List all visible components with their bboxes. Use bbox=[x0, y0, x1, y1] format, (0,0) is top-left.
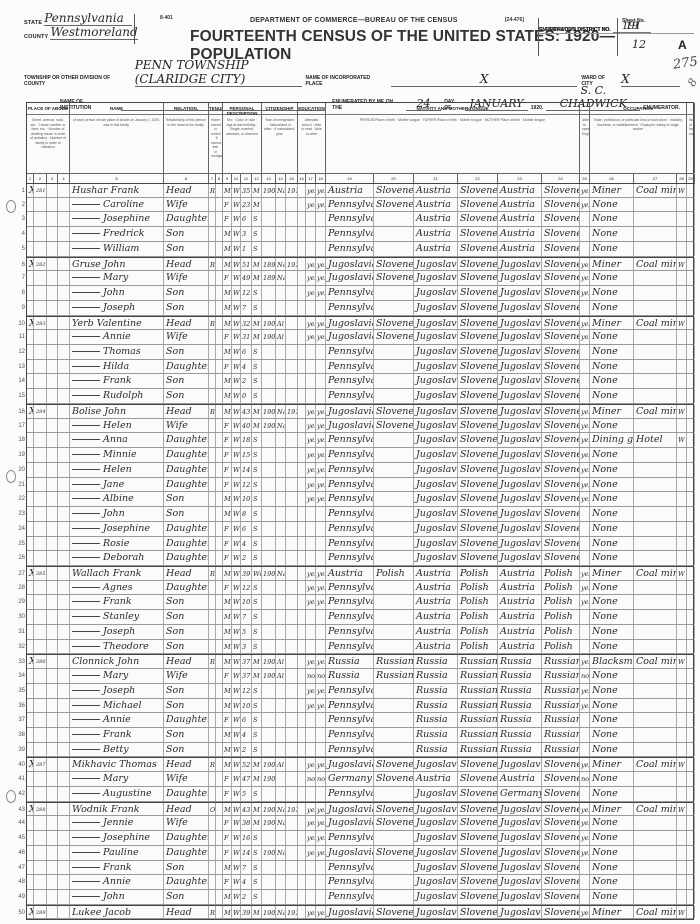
cell-dwelling bbox=[47, 212, 58, 226]
cell-nat bbox=[276, 212, 286, 226]
sheet-label: Sheet No. bbox=[622, 18, 645, 24]
cell-tenure2 bbox=[216, 551, 223, 565]
ditto-dash bbox=[72, 616, 100, 617]
cell-visited-mark bbox=[27, 507, 34, 521]
cell-tongue bbox=[374, 787, 414, 801]
cell-m-birth: Jugoslavia bbox=[498, 389, 542, 403]
ditto-dash bbox=[72, 204, 100, 205]
cell-name: Theodore bbox=[70, 640, 164, 654]
cell-class: W bbox=[677, 405, 687, 418]
cell-visited-mark bbox=[27, 743, 34, 757]
cell-industry bbox=[634, 419, 677, 433]
cell-relation: Son bbox=[164, 345, 209, 359]
cell-school bbox=[298, 448, 306, 462]
cell-marital: M bbox=[252, 772, 262, 786]
cell-write: yes bbox=[316, 595, 326, 609]
cell-f-birth: Jugoslavia bbox=[414, 271, 458, 285]
cell-dwelling-family-number bbox=[34, 448, 47, 462]
cell-m-birth: Russia bbox=[498, 743, 542, 757]
cell-age: 37 bbox=[241, 655, 252, 668]
cell-relation: Daughter bbox=[164, 433, 209, 447]
given-name: John bbox=[103, 891, 125, 902]
line-number: 3 bbox=[11, 212, 25, 227]
cell-nat-year bbox=[286, 433, 298, 447]
surname: Mikhavic bbox=[72, 759, 116, 770]
cell-m-birth: Jugoslavia bbox=[498, 906, 542, 919]
cell-tenure bbox=[209, 551, 216, 565]
cell-farm bbox=[687, 522, 695, 536]
cell-f-birth: Jugoslavia bbox=[414, 890, 458, 904]
cell-name: Mary bbox=[70, 669, 164, 683]
cell-marital: S bbox=[252, 463, 262, 477]
cell-dwelling-family-number: 281 304 bbox=[34, 184, 47, 197]
cell-nat: Al bbox=[276, 669, 286, 683]
column-group-title: NAME bbox=[70, 103, 163, 115]
cell-farm bbox=[687, 198, 695, 212]
cell-m-tongue: Slovene bbox=[542, 522, 580, 536]
cell-name: Joseph bbox=[70, 684, 164, 698]
cell-read: yes bbox=[306, 330, 316, 344]
cell-immig bbox=[262, 890, 276, 904]
cell-m-tongue: Slovene bbox=[542, 433, 580, 447]
cell-dwelling-family-number bbox=[34, 610, 47, 624]
cell-race: W bbox=[232, 875, 241, 889]
cell-read bbox=[306, 345, 316, 359]
cell-immig: 1907 bbox=[262, 655, 276, 668]
table-row: 5WilliamSonMW1SPennsylvaniaAustriaSloven… bbox=[27, 242, 693, 257]
cell-age: 51 bbox=[241, 258, 252, 271]
cell-write bbox=[316, 227, 326, 241]
line-number: 32 bbox=[11, 640, 25, 655]
cell-industry bbox=[634, 478, 677, 492]
cell-immig: 1906 bbox=[262, 184, 276, 197]
cell-tenure2 bbox=[216, 772, 223, 786]
cell-f-tongue: Russian bbox=[458, 669, 498, 683]
cell-tenure bbox=[209, 728, 216, 742]
cell-class bbox=[677, 478, 687, 492]
cell-occupation: None bbox=[590, 743, 634, 757]
given-name: Annie bbox=[103, 331, 131, 342]
cell-farm bbox=[687, 567, 695, 580]
cell-birth: Jugoslavia bbox=[326, 419, 374, 433]
cell-write: yes bbox=[316, 317, 326, 330]
state-label: State bbox=[24, 20, 42, 26]
cell-immig: 1903 bbox=[262, 419, 276, 433]
cell-family bbox=[58, 286, 70, 300]
cell-relation: Daughter bbox=[164, 448, 209, 462]
cell-race: W bbox=[232, 861, 241, 875]
cell-tenure: R bbox=[209, 405, 216, 418]
cell-farm bbox=[687, 846, 695, 860]
cell-m-tongue: Polish bbox=[542, 581, 580, 595]
cell-tongue bbox=[374, 610, 414, 624]
cell-tenure2 bbox=[216, 405, 223, 418]
cell-f-birth: Jugoslavia bbox=[414, 405, 458, 418]
given-name: Thomas bbox=[103, 346, 141, 357]
line-number: 1 bbox=[11, 184, 25, 199]
line-number: 7 bbox=[11, 271, 25, 286]
cell-dwelling bbox=[47, 448, 58, 462]
cell-race: W bbox=[232, 758, 241, 771]
cell-nat-year bbox=[286, 875, 298, 889]
county-label: County bbox=[24, 34, 48, 40]
cell-m-tongue: Russian bbox=[542, 684, 580, 698]
cell-nat-year bbox=[286, 728, 298, 742]
cell-age: 35 bbox=[241, 184, 252, 197]
cell-nat bbox=[276, 507, 286, 521]
cell-race: W bbox=[232, 360, 241, 374]
cell-write: yes bbox=[316, 419, 326, 433]
cell-age: 39 bbox=[241, 906, 252, 919]
cell-relation: Head bbox=[164, 803, 209, 816]
cell-write: yes bbox=[316, 567, 326, 580]
cell-farm bbox=[687, 803, 695, 816]
cell-visited-mark bbox=[27, 846, 34, 860]
cell-family bbox=[58, 227, 70, 241]
cell-tenure2 bbox=[216, 184, 223, 197]
line-number: 36 bbox=[11, 699, 25, 714]
cell-marital: S bbox=[252, 522, 262, 536]
ditto-dash bbox=[72, 587, 100, 588]
cell-f-birth: Jugoslavia bbox=[414, 374, 458, 388]
cell-occupation: None bbox=[590, 625, 634, 639]
cell-english bbox=[580, 522, 590, 536]
cell-marital: S bbox=[252, 537, 262, 551]
cell-class bbox=[677, 625, 687, 639]
cell-tenure2 bbox=[216, 567, 223, 580]
cell-write: yes bbox=[316, 184, 326, 197]
cell-tongue bbox=[374, 522, 414, 536]
cell-family bbox=[58, 374, 70, 388]
cell-visited-mark bbox=[27, 581, 34, 595]
cell-relation: Daughter bbox=[164, 212, 209, 226]
cell-dwelling bbox=[47, 875, 58, 889]
cell-school bbox=[298, 405, 306, 418]
cell-visited-mark bbox=[27, 713, 34, 727]
cell-class: W bbox=[677, 317, 687, 330]
cell-class bbox=[677, 374, 687, 388]
cell-occupation: None bbox=[590, 198, 634, 212]
cell-english: yes bbox=[580, 478, 590, 492]
cell-dwelling bbox=[47, 492, 58, 506]
column-group-header: NAMEof each person whose place of abode … bbox=[70, 103, 164, 173]
cell-school bbox=[298, 492, 306, 506]
cell-farm bbox=[687, 317, 695, 330]
cell-name: John bbox=[70, 507, 164, 521]
cell-farm bbox=[687, 405, 695, 418]
cell-school bbox=[298, 345, 306, 359]
cell-race: W bbox=[232, 743, 241, 757]
cell-immig bbox=[262, 463, 276, 477]
cell-sex: M bbox=[223, 567, 232, 580]
column-group-title: NATIVITY AND MOTHER TONGUE bbox=[326, 103, 579, 115]
cell-f-birth: Jugoslavia bbox=[414, 803, 458, 816]
margin-note-2: 8 bbox=[685, 76, 700, 89]
cell-write: yes bbox=[316, 286, 326, 300]
cell-birth: Pennsylvania bbox=[326, 212, 374, 226]
cell-f-tongue: Slovene bbox=[458, 286, 498, 300]
cell-write bbox=[316, 743, 326, 757]
cell-relation: Son bbox=[164, 861, 209, 875]
cell-school bbox=[298, 478, 306, 492]
cell-m-birth: Jugoslavia bbox=[498, 522, 542, 536]
cell-tenure2 bbox=[216, 271, 223, 285]
cell-occupation: Blacksmith bbox=[590, 655, 634, 668]
cell-nat: Al bbox=[276, 330, 286, 344]
given-name: Mary bbox=[103, 272, 128, 283]
cell-relation: Head bbox=[164, 405, 209, 418]
given-name: John bbox=[103, 287, 125, 298]
cell-occupation: None bbox=[590, 831, 634, 845]
table-row: 7MaryWifeFW49M1896NayesyesJugoslaviaSlov… bbox=[27, 271, 693, 286]
given-name: Jacob bbox=[104, 907, 131, 918]
cell-tenure bbox=[209, 345, 216, 359]
cell-dwelling-family-number bbox=[34, 551, 47, 565]
cell-relation: Wife bbox=[164, 772, 209, 786]
cell-family bbox=[58, 906, 70, 919]
line-number: 15 bbox=[11, 389, 25, 404]
cell-dwelling-family-number bbox=[34, 522, 47, 536]
cell-marital: S bbox=[252, 728, 262, 742]
cell-dwelling-family-number bbox=[34, 728, 47, 742]
line-number: 47 bbox=[11, 861, 25, 876]
given-name: Michael bbox=[103, 700, 142, 711]
cell-name: Helen bbox=[70, 463, 164, 477]
table-row: 43X288 311Wodnik FrankHeadOMW43M1904Na19… bbox=[27, 802, 693, 817]
county-value: Westmoreland bbox=[50, 25, 138, 40]
cell-school bbox=[298, 713, 306, 727]
cell-f-tongue: Russian bbox=[458, 743, 498, 757]
cell-industry: Coal mine bbox=[634, 758, 677, 771]
ditto-dash bbox=[72, 822, 100, 823]
cell-write bbox=[316, 242, 326, 256]
cell-nat bbox=[276, 389, 286, 403]
cell-farm bbox=[687, 551, 695, 565]
cell-class bbox=[677, 330, 687, 344]
cell-english bbox=[580, 728, 590, 742]
cell-m-birth: Jugoslavia bbox=[498, 360, 542, 374]
column-group-header: TENUREHome owned or rented · If owned, f… bbox=[209, 103, 223, 173]
cell-marital: S bbox=[252, 595, 262, 609]
cell-english: yes bbox=[580, 258, 590, 271]
cell-industry bbox=[634, 522, 677, 536]
cell-tenure2 bbox=[216, 258, 223, 271]
cell-marital: S bbox=[252, 212, 262, 226]
cell-immig bbox=[262, 537, 276, 551]
cell-family bbox=[58, 803, 70, 816]
cell-tongue: Slovene bbox=[374, 803, 414, 816]
line-number: 34 bbox=[11, 669, 25, 684]
cell-class bbox=[677, 522, 687, 536]
cell-sex: M bbox=[223, 184, 232, 197]
cell-name: Anna bbox=[70, 433, 164, 447]
cell-family bbox=[58, 758, 70, 771]
cell-immig bbox=[262, 374, 276, 388]
table-row: 32TheodoreSonMW3SPennsylvaniaAustriaPoli… bbox=[27, 640, 693, 655]
cell-nat-year bbox=[286, 713, 298, 727]
column-group-header: PLACE OF ABODEStreet, avenue, road, etc.… bbox=[27, 103, 70, 173]
cell-nat bbox=[276, 684, 286, 698]
cell-class bbox=[677, 448, 687, 462]
column-group-header: RELATION.Relationship of this person to … bbox=[164, 103, 209, 173]
table-row: 16X284 307Bolise JohnHeadRMW43M1900Na191… bbox=[27, 404, 693, 419]
cell-marital: M bbox=[252, 317, 262, 330]
cell-race: W bbox=[232, 831, 241, 845]
cell-immig: 1904 bbox=[262, 816, 276, 830]
line-number: 12 bbox=[11, 345, 25, 360]
cell-immig bbox=[262, 595, 276, 609]
cell-english bbox=[580, 360, 590, 374]
cell-school bbox=[298, 758, 306, 771]
header-divider bbox=[134, 14, 135, 44]
cell-tenure2 bbox=[216, 669, 223, 683]
cell-race: W bbox=[232, 728, 241, 742]
cell-occupation: None bbox=[590, 374, 634, 388]
cell-read: yes bbox=[306, 448, 316, 462]
cell-m-birth: Jugoslavia bbox=[498, 846, 542, 860]
cell-m-tongue: Slovene bbox=[542, 405, 580, 418]
cell-f-tongue: Slovene bbox=[458, 242, 498, 256]
cell-f-tongue: Slovene bbox=[458, 478, 498, 492]
cell-age: 38 bbox=[241, 816, 252, 830]
ditto-dash bbox=[72, 719, 100, 720]
cell-occupation: None bbox=[590, 345, 634, 359]
cell-marital: S bbox=[252, 374, 262, 388]
cell-read bbox=[306, 861, 316, 875]
cell-race: W bbox=[232, 271, 241, 285]
cell-immig: 1896 bbox=[262, 271, 276, 285]
cell-tenure2 bbox=[216, 875, 223, 889]
cell-f-tongue: Slovene bbox=[458, 301, 498, 315]
cell-age: 4 bbox=[241, 537, 252, 551]
cell-farm bbox=[687, 227, 695, 241]
cell-occupation: None bbox=[590, 286, 634, 300]
cell-tenure: R bbox=[209, 567, 216, 580]
cell-dwelling bbox=[47, 640, 58, 654]
cell-race: W bbox=[232, 890, 241, 904]
cell-m-birth: Austria bbox=[498, 595, 542, 609]
cell-read: yes bbox=[306, 581, 316, 595]
cell-occupation: None bbox=[590, 875, 634, 889]
cell-read: yes bbox=[306, 463, 316, 477]
ditto-dash bbox=[72, 734, 100, 735]
table-row: 14FrankSonMW2SPennsylvaniaJugoslaviaSlov… bbox=[27, 374, 693, 389]
cell-nat bbox=[276, 537, 286, 551]
cell-tenure: R bbox=[209, 758, 216, 771]
cell-family bbox=[58, 507, 70, 521]
cell-m-birth: Jugoslavia bbox=[498, 492, 542, 506]
cell-tongue: Slovene bbox=[374, 198, 414, 212]
cell-read: yes bbox=[306, 478, 316, 492]
cell-m-birth: Jugoslavia bbox=[498, 463, 542, 477]
cell-nat: Na bbox=[276, 906, 286, 919]
cell-read: yes bbox=[306, 433, 316, 447]
cell-industry bbox=[634, 890, 677, 904]
cell-read: yes bbox=[306, 492, 316, 506]
cell-dwelling-family-number bbox=[34, 198, 47, 212]
cell-sex: M bbox=[223, 405, 232, 418]
cell-nat-year bbox=[286, 507, 298, 521]
line-number: 38 bbox=[11, 728, 25, 743]
cell-occupation: None bbox=[590, 551, 634, 565]
cell-sex: F bbox=[223, 846, 232, 860]
cell-m-tongue: Russian bbox=[542, 713, 580, 727]
cell-birth: Pennsylvania bbox=[326, 198, 374, 212]
cell-nat-year: 1912 bbox=[286, 405, 298, 418]
cell-read: yes bbox=[306, 419, 316, 433]
cell-relation: Daughter bbox=[164, 846, 209, 860]
line-number: 11 bbox=[11, 330, 25, 345]
cell-dwelling bbox=[47, 301, 58, 315]
cell-dwelling bbox=[47, 330, 58, 344]
cell-nat bbox=[276, 522, 286, 536]
cell-write bbox=[316, 640, 326, 654]
cell-f-birth: Russia bbox=[414, 684, 458, 698]
table-row: 20HelenDaughterFW14SyesyesPennsylvaniaJu… bbox=[27, 463, 693, 478]
line-number: 17 bbox=[11, 419, 25, 434]
cell-dwelling-family-number: 287 310 bbox=[34, 758, 47, 771]
cell-english bbox=[580, 713, 590, 727]
cell-m-tongue: Slovene bbox=[542, 875, 580, 889]
cell-write: yes bbox=[316, 699, 326, 713]
table-row: 44JennieWifeFW38M1904NayesyesJugoslaviaS… bbox=[27, 816, 693, 831]
cell-nat bbox=[276, 227, 286, 241]
cell-family bbox=[58, 890, 70, 904]
cell-f-birth: Jugoslavia bbox=[414, 360, 458, 374]
given-name: Caroline bbox=[103, 199, 144, 210]
cell-sex: F bbox=[223, 787, 232, 801]
cell-age: 7 bbox=[241, 861, 252, 875]
cell-m-birth: Jugoslavia bbox=[498, 433, 542, 447]
cell-name: Augustine bbox=[70, 787, 164, 801]
cell-immig: 1906 bbox=[262, 846, 276, 860]
column-group-header: PERSONAL DESCRIPTIONSex · Color or race … bbox=[223, 103, 262, 173]
cell-read bbox=[306, 875, 316, 889]
cell-race: W bbox=[232, 537, 241, 551]
cell-f-birth: Russia bbox=[414, 728, 458, 742]
cell-dwelling-family-number bbox=[34, 492, 47, 506]
cell-age: 49 bbox=[241, 271, 252, 285]
cell-dwelling bbox=[47, 581, 58, 595]
cell-f-tongue: Slovene bbox=[458, 389, 498, 403]
table-row: 2CarolineWifeFW23MyesyesPennsylvaniaSlov… bbox=[27, 198, 693, 213]
cell-race: W bbox=[232, 581, 241, 595]
given-name: Joseph bbox=[103, 302, 135, 313]
cell-name: Mikhavic Thomas bbox=[70, 758, 164, 771]
cell-f-tongue: Russian bbox=[458, 713, 498, 727]
cell-marital: M bbox=[252, 198, 262, 212]
cell-f-tongue: Slovene bbox=[458, 258, 498, 271]
cell-tenure bbox=[209, 492, 216, 506]
column-group-title: RELATION. bbox=[164, 103, 208, 115]
cell-age: 12 bbox=[241, 286, 252, 300]
cell-english bbox=[580, 640, 590, 654]
cell-family bbox=[58, 699, 70, 713]
cell-nat: Al bbox=[276, 655, 286, 668]
cell-tenure2 bbox=[216, 198, 223, 212]
cell-dwelling bbox=[47, 567, 58, 580]
cell-tenure: R bbox=[209, 258, 216, 271]
cell-tenure2 bbox=[216, 640, 223, 654]
cell-m-tongue: Slovene bbox=[542, 861, 580, 875]
cell-tenure bbox=[209, 831, 216, 845]
cell-farm bbox=[687, 610, 695, 624]
cell-school bbox=[298, 212, 306, 226]
cell-f-birth: Austria bbox=[414, 198, 458, 212]
cell-marital: S bbox=[252, 301, 262, 315]
cell-relation: Son bbox=[164, 610, 209, 624]
cell-english bbox=[580, 610, 590, 624]
